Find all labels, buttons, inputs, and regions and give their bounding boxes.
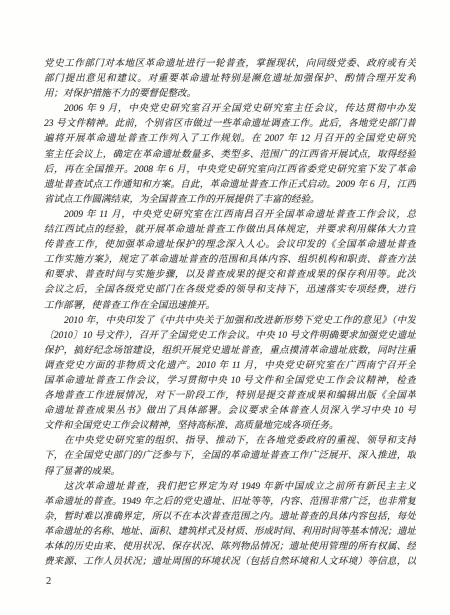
text-line: 部门提出意见和建议。对重要革命遗址特别是濒危遗址加强保护、酌情合理开发利 — [44, 72, 416, 87]
text-line: 调查党史方面的非物质文化遗产。2010 年 11 月，中央党史研究室在广西南宁召… — [44, 359, 416, 374]
text-line: 费来源、工作人员状况；遗址周围的环境状况（包括自然环境和人文环境）等信息，以 — [44, 555, 416, 570]
text-line: 下，在全国党史部门的广泛参与下，全国的革命遗址普查工作广泛展开、深入推进，取 — [44, 449, 416, 464]
text-line: 室主任会议上，确定在革命遗址数量多、类型多、范围广的江西省开展试点，取得经验 — [44, 148, 416, 163]
text-line: 遗址普查试点工作通知和方案。自此，革命遗址普查工作正式启动。2009 年 6 月… — [44, 178, 416, 193]
text-line: 23 号文件精神。此前，个别省区市做过一些革命遗址调查工作。此后，各地党史部门普 — [44, 117, 416, 132]
text-line: 2010 年，中央印发了《中共中央关于加强和改进新形势下党史工作的意见》（中发 — [44, 314, 416, 329]
text-line: 在中央党史研究室的组织、指导、推动下，在各地党委政府的重视、领导和支持 — [44, 434, 416, 449]
text-line: 省试点工作圆满结束，为全国普查工作的开展提供了丰富的经验。 — [44, 193, 416, 208]
page-number: 2 — [46, 576, 51, 587]
text-line: 文件和全国党史工作会议精神，坚持高标准、高质量地完成各项任务。 — [44, 419, 416, 434]
text-line: 革命遗址的名称、地址、面积、建筑样式及材质、形成时间、利用时间等基本情况；遗址 — [44, 525, 416, 540]
text-line: 会议之后，全国各级党史部门在各级党委的领导和支持下，迅速落实专项经费，进行 — [44, 283, 416, 298]
text-line: 这次革命遗址普查，我们把它界定为对 1949 年新中国成立之前所有新民主主义 — [44, 480, 416, 495]
text-line: 2006 年 9 月，中央党史研究室召开全国党史研究室主任会议，传达贯彻中办发 — [44, 102, 416, 117]
text-line: 2009 年 11 月，中央党史研究室在江西南昌召开全国革命遗址普查工作会议，总 — [44, 208, 416, 223]
text-line: 革命遗址的普查。1949 年之后的党史遗址、旧址等等，内容、范围非常广泛，也非常… — [44, 495, 416, 510]
text-line: 和要求、普查时间与实施步骤，以及普查成果的提交和普查成果的保存利用等。此次 — [44, 268, 416, 283]
text-line: 传普查工作，使加强革命遗址保护的理念深入人心。会议印发的《全国革命遗址普查 — [44, 238, 416, 253]
text-line: 得了显著的成果。 — [44, 465, 416, 480]
text-line: 〔2010〕10 号文件），召开了全国党史工作会议。中央 10 号文件明确要求加… — [44, 329, 416, 344]
text-line: 遍将开展革命遗址普查工作列入了工作规划。在 2007 年 12 月召开的全国党史… — [44, 132, 416, 147]
text-line: 结江西试点的经验，就开展革命遗址普查工作做出具体规定，并要求利用媒体大力宣 — [44, 223, 416, 238]
text-line: 工作实施方案》，规定了革命遗址普查的范围和具体内容、组织机构和职责、普查方法 — [44, 253, 416, 268]
text-line: 党史工作部门对本地区革命遗址进行一轮普查，掌握现状，向同级党委、政府或有关 — [44, 57, 416, 72]
text-line: 各地普查工作进展情况，对下一阶段工作，特别是提交普查成果和编辑出版《全国革 — [44, 389, 416, 404]
text-line: 命遗址普查成果丛书》做出了具体部署。会议要求全体普查人员深入学习中央 10 号 — [44, 404, 416, 419]
text-line: 后，再在全国推开。2008 年 6 月，中央党史研究室向江西省委党史研究室下发了… — [44, 163, 416, 178]
text-line: 工作部署，使普查工作在全国迅速推开。 — [44, 299, 416, 314]
text-line: 杂，暂时难以准确界定，所以不在本次普查范围之内。遗址普查的具体内容包括，每处 — [44, 510, 416, 525]
text-line: 保护，搞好纪念场馆建设，组织开展党史遗址普查，重点摸清革命遗址底数，同时注重 — [44, 344, 416, 359]
text-line: 本体的历史由来、使用状况、保存状况、陈列物品情况；遗址使用管理的所有权属、经 — [44, 540, 416, 555]
text-line: 用；对保护措施不力的要督促整改。 — [44, 87, 416, 102]
text-line: 国革命遗址普查工作会议，学习贯彻中央 10 号文件和全国党史工作会议精神，检查 — [44, 374, 416, 389]
body-text: 党史工作部门对本地区革命遗址进行一轮普查，掌握现状，向同级党委、政府或有关部门提… — [44, 57, 416, 570]
document-page: 党史工作部门对本地区革命遗址进行一轮普查，掌握现状，向同级党委、政府或有关部门提… — [0, 0, 450, 615]
